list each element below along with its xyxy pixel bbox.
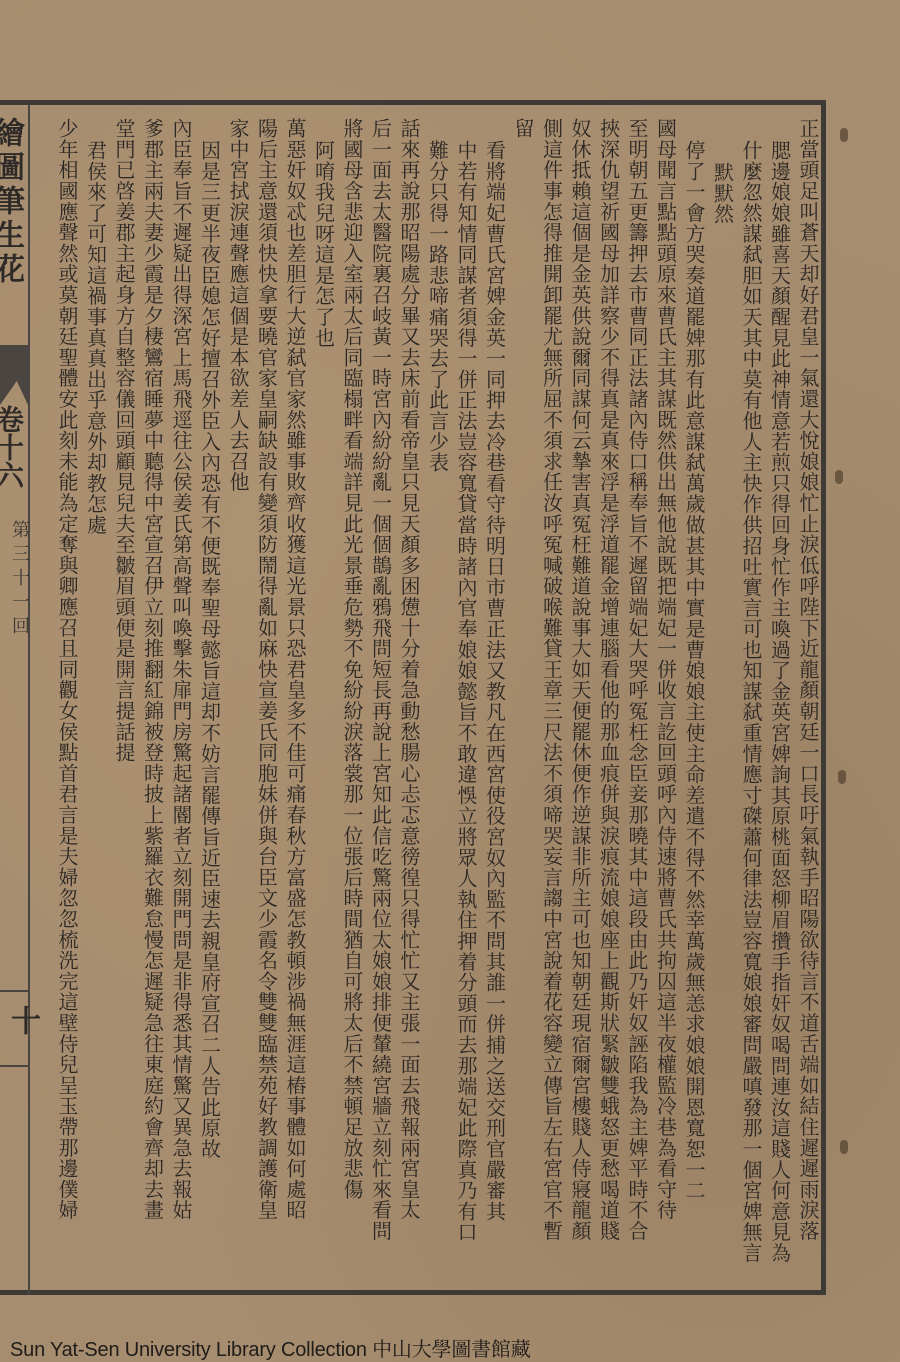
text-column: 中若有知情同謀者須得一併正法豈容寬貸當時諸內官奉娘娘懿旨不敢違悞立將眾人執住押着…	[452, 118, 481, 1288]
text-column: 國母聞言點點頭原來曹氏主其謀既然供出無他說既把端妃一併收言訖回頭呼內侍速將曹氏共…	[651, 118, 680, 1288]
text-column: 奴休抵賴這個是金英供說爾同謀何云摯害真冤枉難道說事大如天便罷休便作逆謀非所主可也…	[566, 118, 595, 1288]
text-column: 家中宮拭淚連聲應這個是本欲差人去召他	[224, 118, 253, 1288]
body-text: 正當頭足叫蒼天却好君皇一氣還大悅娘娘忙止淚低呼陛下近龍顏朝廷一口長吁氣執手昭陽欲…	[34, 118, 822, 1288]
paper-damage	[835, 470, 843, 484]
text-column: 什麼忽然謀弑胆如天其中莫有他人主快作供招吐實言可也知謀弑重情應寸磔蕭何律法豈容寬…	[737, 118, 766, 1288]
library-attribution: Sun Yat-Sen University Library Collectio…	[10, 1333, 531, 1362]
paper-damage	[840, 1140, 848, 1154]
margin-divider-line	[28, 105, 30, 1295]
margin-rule	[0, 990, 28, 992]
text-column: 正當頭足叫蒼天却好君皇一氣還大悅娘娘忙止淚低呼陛下近龍顏朝廷一口長吁氣執手昭陽欲…	[794, 118, 823, 1288]
text-column: 看將端妃曹氏宮婢金英一同押去冷巷看守待明日市曹正法又教凡在西宮使役宮奴內監不問其…	[480, 118, 509, 1288]
text-column: 阿唷我兒呀這是怎了也	[309, 118, 338, 1288]
text-column: 留	[509, 118, 538, 1288]
text-column: 挾深仇望祈國母加詳察少不得真是真來浮是浮道罷金增連腦看他的那血痕併與淚痕流娘娘座…	[594, 118, 623, 1288]
text-column: 陽后主意還須快快拿要曉官家皇嗣缺設有變須防鬧得亂如麻快宣姜氏同胞妹併與台臣文少霞…	[252, 118, 281, 1288]
text-column: 內臣奉旨不遲疑出得深宮上馬飛逕往公侯姜氏第高聲叫喚擊朱扉門房驚起諸閽者立刻開門問…	[167, 118, 196, 1288]
text-column: 后一面去太醫院裏召岐黃一時宮內紛紛亂一個個鵲亂鴉飛問短長再說上宮知此信吃驚兩位太…	[366, 118, 395, 1288]
text-column: 腮邊娘娘雖喜天顏醒見此神情意若煎只得回身忙作主喚過了金英宮婢詢其原桃面怒柳眉攢手…	[765, 118, 794, 1288]
text-column: 側這件事怎得推開卸罷尤無所屈不須求任汝呼冤喊破喉難貸王章三尺法不須啼哭妄言謅中宮…	[537, 118, 566, 1288]
margin-rule	[0, 1065, 28, 1067]
scanned-page: 繪圖筆生花 卷十六 第三十一回 十 正當頭足叫蒼天却好君皇一氣還大悅娘娘忙止淚低…	[0, 0, 900, 1362]
book-title: 繪圖筆生花	[0, 117, 28, 287]
fishtail-ornament	[0, 345, 28, 405]
text-column: 爹郡主兩夫妻少霞是夕棲鸞宿睡夢中聽得中宮宣召伊立刻推翻紅錦被登時披上紫羅衣難怠慢…	[138, 118, 167, 1288]
text-column: 話來再說那昭陽處分畢又去床前看帝皇只見天顏多困憊十分着急動愁腸心忐忑意徬徨只得忙…	[395, 118, 424, 1288]
juan-label: 卷十六	[0, 405, 28, 489]
chapter-label: 第三十一回	[6, 520, 32, 640]
text-column: 至明朝五更籌押去市曹同正法諸內侍口稱奉旨不遲留端妃大哭呼冤枉念臣妾那曉其中這段由…	[623, 118, 652, 1288]
paper-damage	[838, 770, 846, 784]
text-column: 少年相國應聲然或莫朝廷聖體安此刻未能為定奪與卿應召且同觀女侯點首君言是夫婦忽忽梳…	[53, 118, 82, 1288]
text-column: 默默然	[708, 118, 737, 1288]
text-column: 難分只得一路悲啼痛哭去了此言少表	[423, 118, 452, 1288]
text-column: 堂門已啓姜郡主起身方自整容儀回頭顧見兒夫至皺眉頭便是開言提話提	[110, 118, 139, 1288]
paper-damage	[840, 128, 848, 142]
text-column: 因是三更半夜臣媳怎好擅召外臣入內恐有不便既奉聖母懿旨這却不妨言罷傳旨近臣速去親皇…	[195, 118, 224, 1288]
text-column: 將國母含悲迎入室兩太后同臨榻畔看端詳見此光景垂危勢不免紛紛淚落裳那一位張后時間猶…	[338, 118, 367, 1288]
margin-strip: 繪圖筆生花 卷十六 第三十一回 十	[0, 105, 28, 1295]
text-column: 君侯來了可知這禍事真真出乎意外却教怎處	[81, 118, 110, 1288]
text-column: 萬惡奸奴忒也差胆行大逆弑官家然雖事敗齊收獲這光景只恐君皇多不佳可痛春秋方富盛怎教…	[281, 118, 310, 1288]
text-column: 停了一會方哭奏道罷婢那有此意謀弑萬歲做甚其中實是曹娘娘主使主命差遣不得不然幸萬歲…	[680, 118, 709, 1288]
